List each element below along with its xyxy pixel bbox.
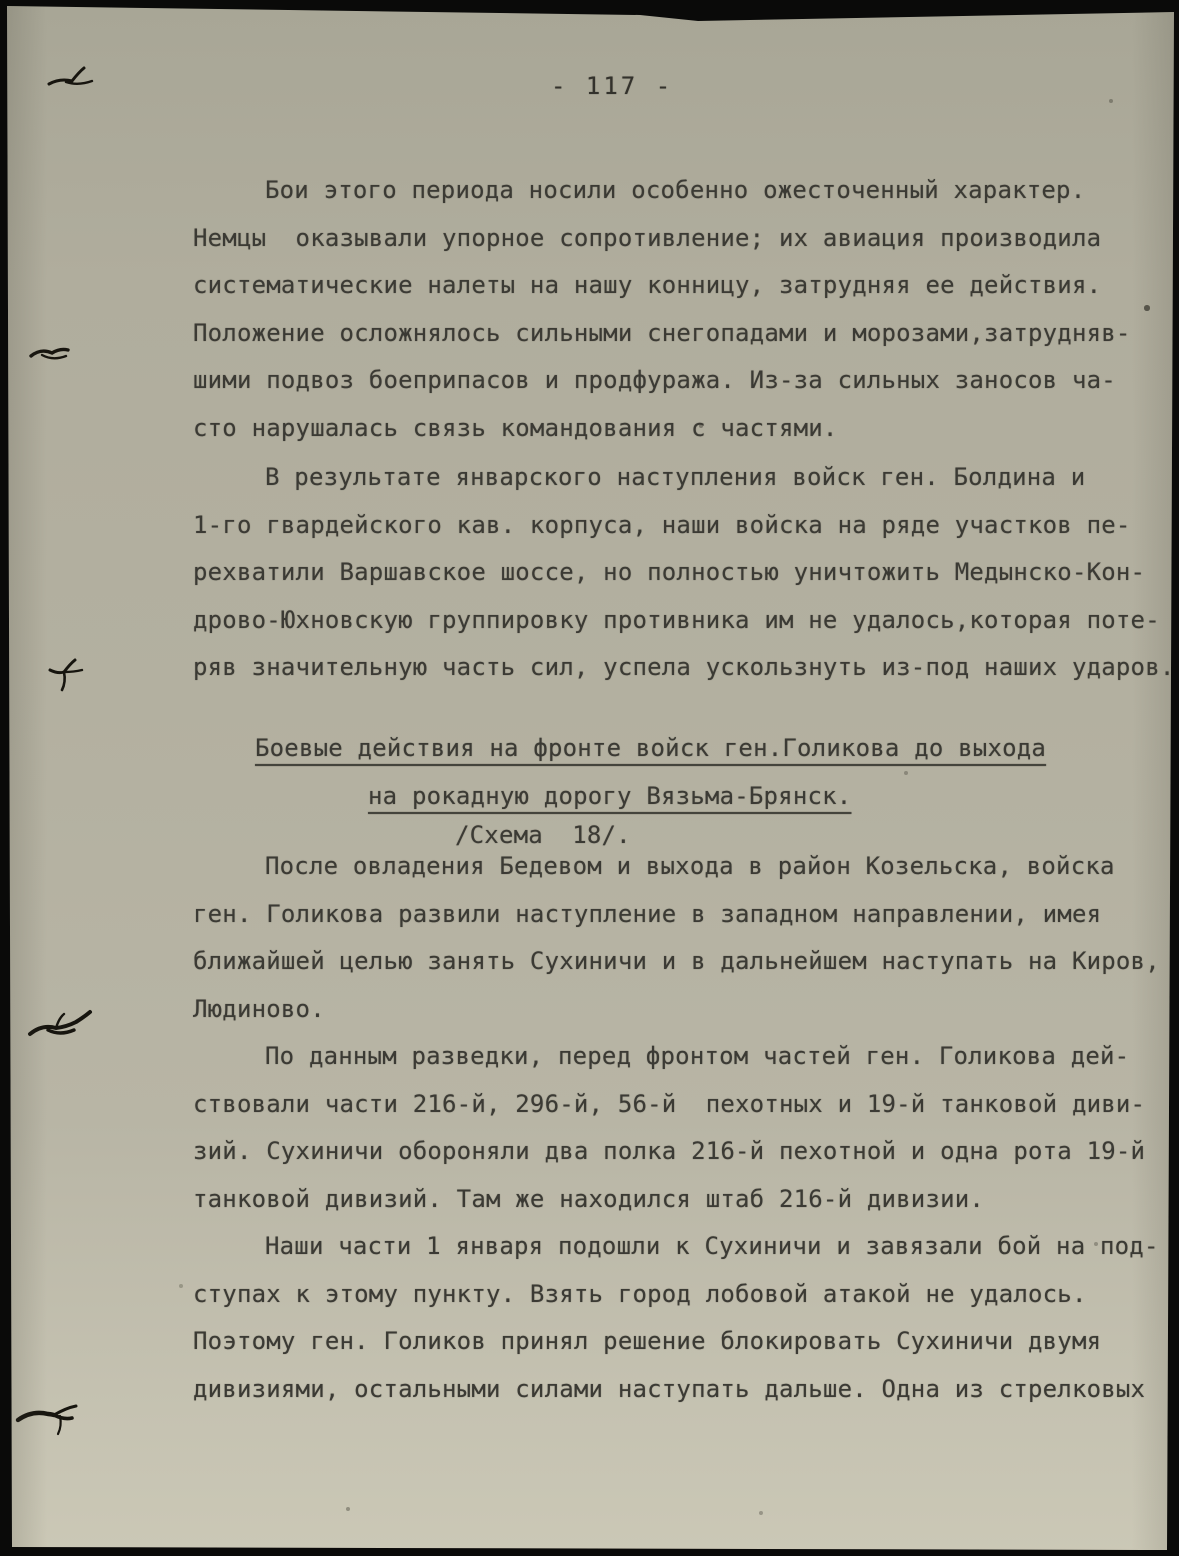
text-line: После овладения Бедевом и выхода в район… [193,843,1168,891]
document-page: - 117 - Бои этого периода носили особенн… [0,0,1179,1556]
paragraph-2: В результате январского наступления войс… [193,454,1168,692]
text-line: ствовали части 216-й, 296-й, 56-й пехотн… [193,1081,1168,1129]
text-line: сто нарушалась связь командования с част… [193,405,1168,453]
text-line: Бои этого периода носили особенно ожесто… [193,167,1168,215]
text-line: Людиново. [193,986,1168,1034]
text-line: ген. Голикова развили наступление в запа… [193,891,1168,939]
text-line: дрово-Юхновскую группировку противника и… [193,597,1168,645]
section-heading-line: Боевые действия на фронте войск ген.Голи… [255,725,1168,773]
text-line: ряв значительную часть сил, успела ускол… [193,644,1168,692]
paragraph-4: По данным разведки, перед фронтом частей… [193,1033,1168,1223]
paragraph-5: Наши части 1 января подошли к Сухиничи и… [193,1223,1168,1413]
text-line: зий. Сухиничи обороняли два полка 216-й … [193,1128,1168,1176]
section-heading: Боевые действия на фронте войск ген.Голи… [193,725,1168,850]
text-line: 1-го гвардейского кав. корпуса, наши вой… [193,502,1168,550]
text-line: танковой дивизий. Там же находился штаб … [193,1176,1168,1224]
text-line: шими подвоз боеприпасов и продфуража. Из… [193,357,1168,405]
paper-tear-artifact [44,656,88,694]
text-line: Поэтому ген. Голиков принял решение блок… [193,1318,1168,1366]
section-heading-line: на рокадную дорогу Вязьма-Брянск. [368,773,1168,821]
text-line: ближайшей целью занять Сухиничи и в даль… [193,938,1168,986]
text-line: Наши части 1 января подошли к Сухиничи и… [193,1223,1168,1271]
text-line: Положение осложнялось сильными снегопада… [193,310,1168,358]
text-line: ступах к этому пункту. Взять город лобов… [193,1271,1168,1319]
text-line: По данным разведки, перед фронтом частей… [193,1033,1168,1081]
paper-tear-artifact [28,338,78,370]
text-line: дивизиями, остальными силами наступать д… [193,1366,1168,1414]
paper-tear-artifact [14,1394,104,1438]
paragraph-1: Бои этого периода носили особенно ожесто… [193,167,1168,453]
paragraph-3: После овладения Бедевом и выхода в район… [193,843,1168,1033]
paper-tear-artifact [46,64,102,96]
paper-tear-artifact [26,1004,96,1046]
text-line: Немцы оказывали упорное сопротивление; и… [193,215,1168,263]
paper-speckles [0,0,2,2]
text-line: систематические налеты на нашу конницу, … [193,262,1168,310]
text-line: рехватили Варшавское шоссе, но полностью… [193,549,1168,597]
page-number: - 117 - [551,72,673,100]
text-line: В результате январского наступления войс… [193,454,1168,502]
